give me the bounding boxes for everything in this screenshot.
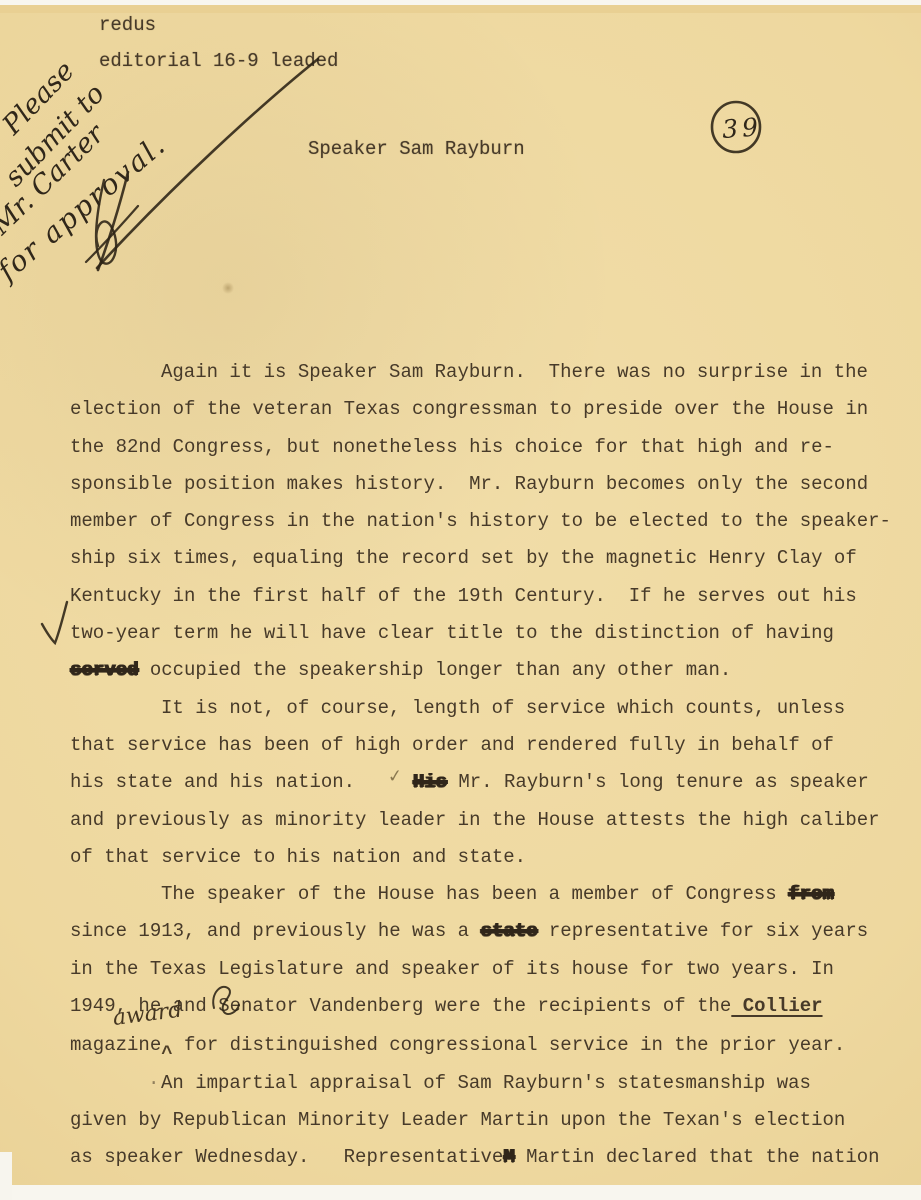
body-line: given by Republican Minority Leader Mart… — [70, 1102, 921, 1139]
body-line: that service has been of high order and … — [70, 727, 921, 764]
typed-text: since 1913, and previously he was a — [70, 920, 480, 942]
typed-text: member of Congress in the nation's histo… — [70, 510, 891, 532]
body-line: sponsible position makes history. Mr. Ra… — [70, 466, 921, 503]
typed-text: Kentucky in the first half of the 19th C… — [70, 585, 857, 607]
scanned-editorial-page: redus editorial 16-9 leaded Speaker Sam … — [0, 0, 921, 1200]
body-line: in the Texas Legislature and speaker of … — [70, 951, 921, 988]
body-line: as speaker Wednesday. RepresentativeM Ma… — [70, 1139, 921, 1176]
overstruck-word: from — [788, 883, 834, 905]
body-line: 1949, he and Senator Vandenberg were the… — [70, 988, 921, 1025]
typed-text: in the Texas Legislature and speaker of … — [70, 958, 834, 980]
typed-text: sponsible position makes history. Mr. Ra… — [70, 473, 868, 495]
signature-tail — [86, 206, 138, 262]
overstruck-letter: M — [503, 1146, 514, 1168]
body-line: magazine^award for distinguished congres… — [70, 1025, 921, 1064]
typed-text: his state and his nation. — [70, 771, 389, 793]
typed-text: Mr. Rayburn's long tenure as speaker — [447, 771, 869, 793]
typed-text: two-year term he will have clear title t… — [70, 622, 834, 644]
typed-text: The speaker of the House has been a memb… — [161, 883, 788, 905]
typed-text: the 82nd Congress, but nonetheless his c… — [70, 436, 834, 458]
overstruck-word: served — [70, 659, 138, 681]
pencil-checkmark: ✓ — [387, 759, 403, 797]
approval-note-line-2: submit to — [0, 78, 111, 193]
pen-strike-line — [97, 59, 318, 268]
body-line: two-year term he will have clear title t… — [70, 615, 921, 652]
body-line: served occupied the speakership longer t… — [70, 652, 921, 689]
scan-corner-bottom-left — [0, 1152, 12, 1200]
approval-note-line-3: Mr. Carter — [0, 117, 112, 242]
signature-loop — [96, 180, 116, 264]
editorial-line: editorial 16-9 leaded — [99, 50, 338, 72]
typed-text: Again it is Speaker Sam Rayburn. There w… — [161, 361, 868, 383]
typed-text: given by Republican Minority Leader Mart… — [70, 1109, 845, 1131]
body-line: election of the veteran Texas congressma… — [70, 391, 921, 428]
body-line: Kentucky in the first half of the 19th C… — [70, 578, 921, 615]
body-line: and previously as minority leader in the… — [70, 802, 921, 839]
body-line: ·An impartial appraisal of Sam Rayburn's… — [70, 1065, 921, 1102]
typed-text: occupied the speakership longer than any… — [138, 659, 731, 681]
insertion-caret: ^ — [161, 1036, 172, 1073]
typed-text: that service has been of high order and … — [70, 734, 834, 756]
typed-text: of that service to his nation and state. — [70, 846, 526, 868]
body-line: member of Congress in the nation's histo… — [70, 503, 921, 540]
typed-text: election of the veteran Texas congressma… — [70, 398, 868, 420]
body-line: since 1913, and previously he was a stat… — [70, 913, 921, 950]
body-line: Again it is Speaker Sam Rayburn. There w… — [70, 354, 921, 391]
typed-text: and previously as minority leader in the… — [70, 809, 880, 831]
paper-edge-shadow — [0, 5, 921, 13]
page-number-circle — [712, 102, 760, 152]
body-line: It is not, of course, length of service … — [70, 690, 921, 727]
typed-text — [401, 771, 412, 793]
body-line: of that service to his nation and state. — [70, 839, 921, 876]
document-title: Speaker Sam Rayburn — [308, 138, 525, 160]
typed-text: An impartial appraisal of Sam Rayburn's … — [161, 1072, 811, 1094]
body-line: ship six times, equaling the record set … — [70, 540, 921, 577]
typed-text: ship six times, equaling the record set … — [70, 547, 857, 569]
body-line: his state and his nation. ✓ His Mr. Rayb… — [70, 764, 921, 801]
page-number: 39 — [721, 112, 763, 144]
scan-edge-bottom — [0, 1185, 921, 1200]
body-text: Again it is Speaker Sam Rayburn. There w… — [70, 354, 921, 1177]
typed-text: It is not, of course, length of service … — [161, 697, 845, 719]
signature-stroke — [98, 172, 128, 270]
margin-checkmark — [42, 602, 67, 643]
body-line: the 82nd Congress, but nonetheless his c… — [70, 429, 921, 466]
slug-line: redus — [99, 14, 156, 36]
underlined-word: Collier — [731, 995, 822, 1017]
approval-note-line-1: Please — [0, 56, 81, 142]
typed-text: magazine — [70, 1034, 161, 1056]
typed-text: Martin declared that the nation — [515, 1146, 880, 1168]
overstruck-word: state — [480, 920, 537, 942]
approval-note-line-4: for approval. — [0, 128, 172, 289]
overstruck-word: His — [413, 771, 447, 793]
body-line: The speaker of the House has been a memb… — [70, 876, 921, 913]
typed-text: representative for six years — [537, 920, 868, 942]
typed-text: for distinguished congressional service … — [173, 1034, 846, 1056]
typed-text: as speaker Wednesday. Representative — [70, 1146, 503, 1168]
